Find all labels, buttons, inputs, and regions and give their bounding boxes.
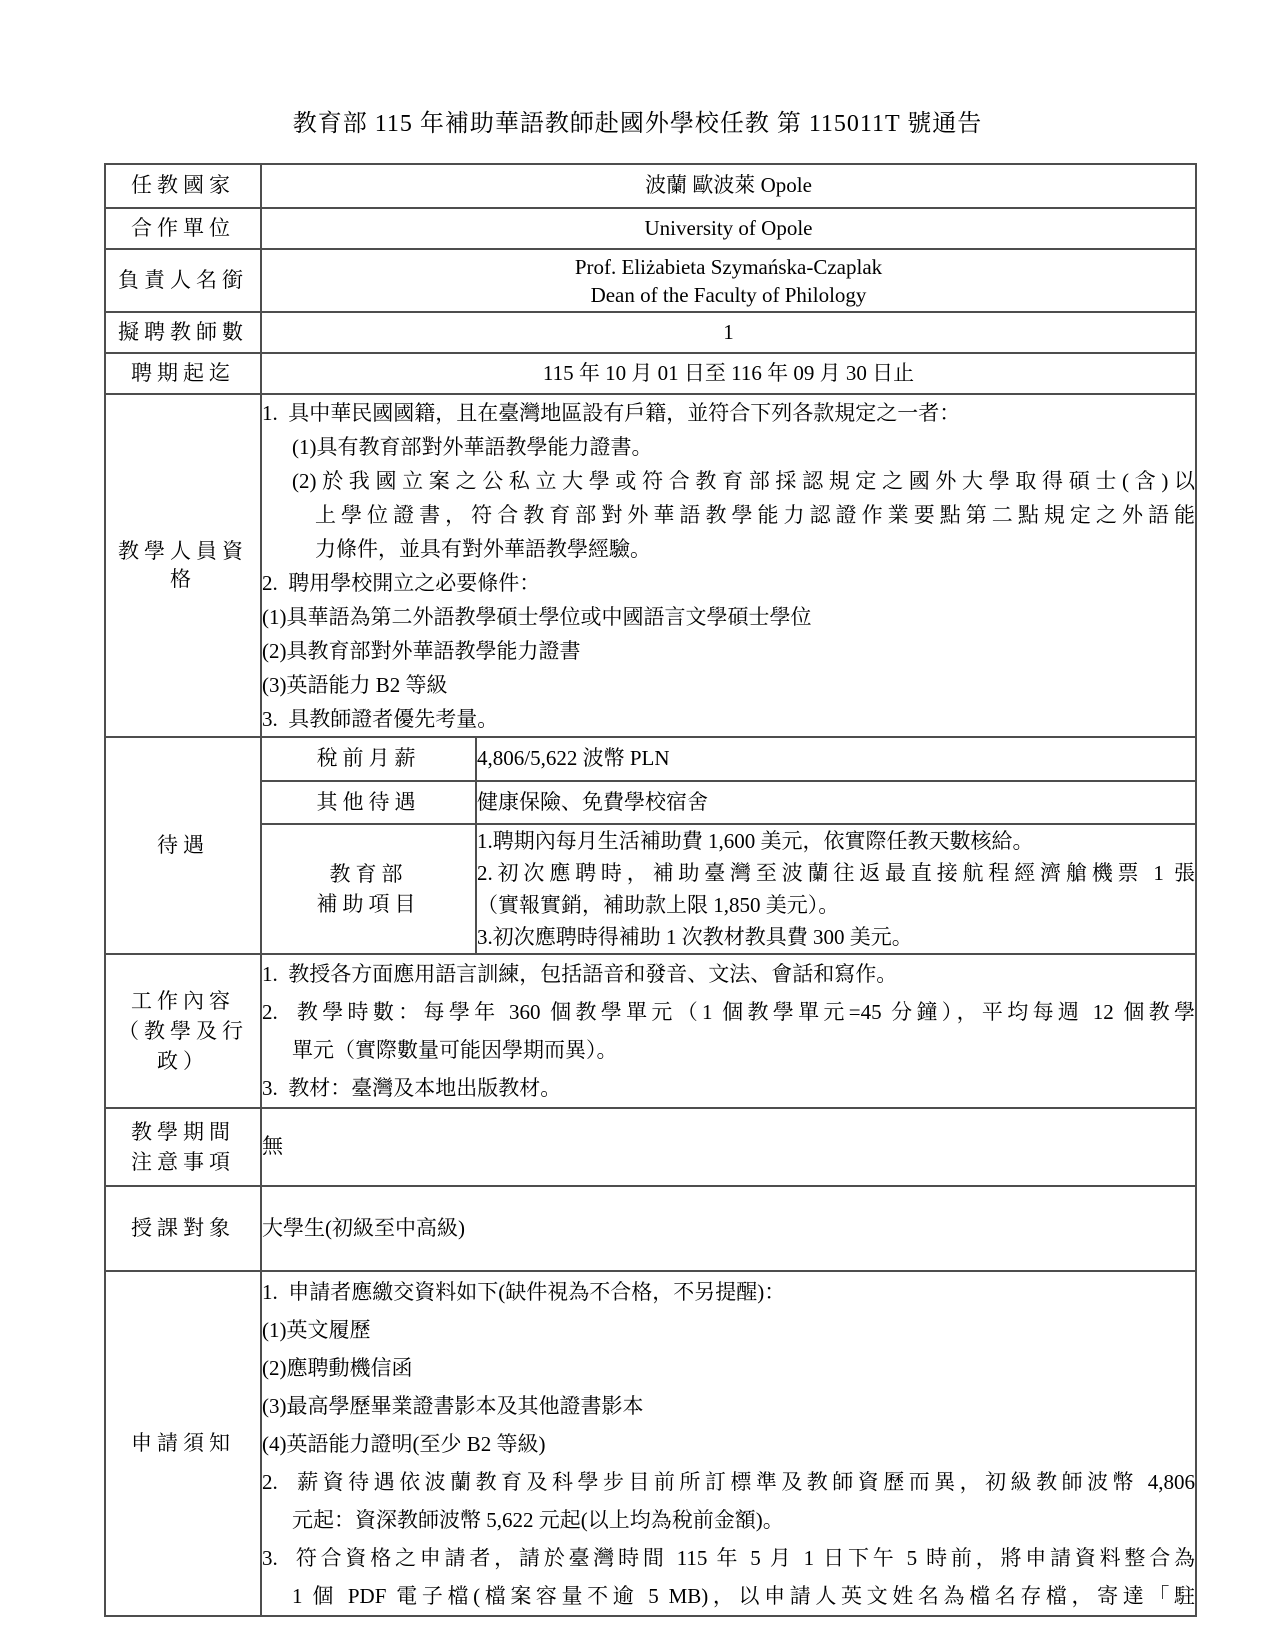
table-row: 工作內容（教學及行政） 1. 教授各方面應用語言訓練，包括語音和發音、文法、會話… bbox=[105, 954, 1196, 1108]
sublabel-other-benefits: 其他待遇 bbox=[261, 781, 476, 824]
row-label-notes: 教學期間注意事項 bbox=[105, 1108, 261, 1186]
table-row: 任教國家 波蘭 歐波萊 Opole bbox=[105, 164, 1196, 208]
text-line: (2)應聘動機信函 bbox=[262, 1349, 1195, 1387]
row-label-country: 任教國家 bbox=[105, 164, 261, 208]
text-line: 教育部 bbox=[262, 859, 475, 889]
text-line: 2.初次應聘時，補助臺灣至波蘭往返最直接航程經濟艙機票 1 張 bbox=[477, 857, 1195, 889]
row-value-notes: 無 bbox=[261, 1108, 1196, 1186]
text-line: Dean of the Faculty of Philology bbox=[262, 281, 1195, 309]
text-line: (1)具華語為第二外語教學碩士學位或中國語言文學碩士學位 bbox=[262, 600, 1195, 634]
row-label-application: 申請須知 bbox=[105, 1271, 261, 1616]
value-salary: 4,806/5,622 波幣 PLN bbox=[476, 737, 1196, 781]
text-line: 元起：資深教師波幣 5,622 元起(以上均為稅前金額)。 bbox=[262, 1501, 1195, 1539]
table-row: 授課對象 大學生(初級至中高級) bbox=[105, 1186, 1196, 1271]
text-line: 1. 教授各方面應用語言訓練，包括語音和發音、文法、會話和寫作。 bbox=[262, 955, 1195, 993]
table-row: 其他待遇 健康保險、免費學校宿舍 bbox=[105, 781, 1196, 824]
row-value-teacher-count: 1 bbox=[261, 312, 1196, 353]
text-line: 補助項目 bbox=[262, 889, 475, 919]
text-line: 教學期間 bbox=[106, 1117, 260, 1147]
page-title: 教育部 115 年補助華語教師赴國外學校任教 第 115011T 號通告 bbox=[0, 103, 1275, 138]
job-notice-table: 任教國家 波蘭 歐波萊 Opole 合作單位 University of Opo… bbox=[104, 163, 1197, 1617]
text-line: 注意事項 bbox=[106, 1147, 260, 1177]
table-row: 負責人名銜 Prof. Eliżabieta Szymańska-Czaplak… bbox=[105, 249, 1196, 312]
value-other-benefits: 健康保險、免費學校宿舍 bbox=[476, 781, 1196, 824]
table-row: 待遇 稅前月薪 4,806/5,622 波幣 PLN bbox=[105, 737, 1196, 781]
text-line: 政） bbox=[106, 1046, 260, 1076]
sublabel-salary: 稅前月薪 bbox=[261, 737, 476, 781]
text-line: 1. 申請者應繳交資料如下(缺件視為不合格，不另提醒)： bbox=[262, 1273, 1195, 1311]
table-row: 擬聘教師數 1 bbox=[105, 312, 1196, 353]
row-label-compensation: 待遇 bbox=[105, 737, 261, 954]
table-row: 聘期起迄 115 年 10 月 01 日至 116 年 09 月 30 日止 bbox=[105, 353, 1196, 394]
table-row: 教學期間注意事項 無 bbox=[105, 1108, 1196, 1186]
row-label-partner: 合作單位 bbox=[105, 208, 261, 249]
other-benefits-text: 健康保險、免費學校宿舍 bbox=[477, 789, 1195, 816]
row-label-duties: 工作內容（教學及行政） bbox=[105, 954, 261, 1108]
text-line: (1)具有教育部對外華語教學能力證書。 bbox=[262, 430, 1195, 464]
table-row: 教學人員資格 1. 具中華民國國籍，且在臺灣地區設有戶籍，並符合下列各款規定之一… bbox=[105, 394, 1196, 737]
table-row: 申請須知 1. 申請者應繳交資料如下(缺件視為不合格，不另提醒)：(1)英文履歷… bbox=[105, 1271, 1196, 1616]
text-line: 工作內容 bbox=[106, 986, 260, 1016]
text-line: (1)英文履歷 bbox=[262, 1311, 1195, 1349]
row-value-partner: University of Opole bbox=[261, 208, 1196, 249]
value-moe-subsidy: 1.聘期內每月生活補助費 1,600 美元，依實際任教天數核給。2.初次應聘時，… bbox=[476, 824, 1196, 954]
table-row: 合作單位 University of Opole bbox=[105, 208, 1196, 249]
row-value-qualifications: 1. 具中華民國國籍，且在臺灣地區設有戶籍，並符合下列各款規定之一者：(1)具有… bbox=[261, 394, 1196, 737]
text-line: 2. 薪資待遇依波蘭教育及科學步目前所訂標準及教師資歷而異，初級教師波幣 4,8… bbox=[262, 1463, 1195, 1501]
row-value-contact: Prof. Eliżabieta Szymańska-CzaplakDean o… bbox=[261, 249, 1196, 312]
text-line: （教學及行 bbox=[106, 1016, 260, 1046]
text-line: 1.聘期內每月生活補助費 1,600 美元，依實際任教天數核給。 bbox=[477, 825, 1195, 857]
text-line: (2)於我國立案之公私立大學或符合教育部採認規定之國外大學取得碩士(含)以 bbox=[262, 464, 1195, 498]
text-line: (2)具教育部對外華語教學能力證書 bbox=[262, 634, 1195, 668]
table-row: 教育部補助項目 1.聘期內每月生活補助費 1,600 美元，依實際任教天數核給。… bbox=[105, 824, 1196, 954]
row-label-students: 授課對象 bbox=[105, 1186, 261, 1271]
row-value-period: 115 年 10 月 01 日至 116 年 09 月 30 日止 bbox=[261, 353, 1196, 394]
text-line: 上學位證書，符合教育部對外華語教學能力認證作業要點第二點規定之外語能 bbox=[262, 498, 1195, 532]
document-page: 教育部 115 年補助華語教師赴國外學校任教 第 115011T 號通告 任教國… bbox=[0, 0, 1275, 1650]
text-line: Prof. Eliżabieta Szymańska-Czaplak bbox=[262, 253, 1195, 281]
text-line: 力條件，並具有對外華語教學經驗。 bbox=[262, 532, 1195, 566]
text-line: 3.初次應聘時得補助 1 次教材教具費 300 美元。 bbox=[477, 921, 1195, 953]
row-value-country: 波蘭 歐波萊 Opole bbox=[261, 164, 1196, 208]
row-label-teacher-count: 擬聘教師數 bbox=[105, 312, 261, 353]
text-line: （實報實銷，補助款上限 1,850 美元）。 bbox=[477, 889, 1195, 921]
text-line: 3. 符合資格之申請者，請於臺灣時間 115 年 5 月 1 日下午 5 時前，… bbox=[262, 1539, 1195, 1577]
text-line: 1 個 PDF 電子檔(檔案容量不逾 5 MB)，以申請人英文姓名為檔名存檔，寄… bbox=[262, 1577, 1195, 1615]
row-value-duties: 1. 教授各方面應用語言訓練，包括語音和發音、文法、會話和寫作。2. 教學時數：… bbox=[261, 954, 1196, 1108]
text-line: 3. 教材：臺灣及本地出版教材。 bbox=[262, 1069, 1195, 1107]
text-line: (3)英語能力 B2 等級 bbox=[262, 668, 1195, 702]
sublabel-moe-subsidy: 教育部補助項目 bbox=[261, 824, 476, 954]
row-label-qualifications: 教學人員資格 bbox=[105, 394, 261, 737]
salary-text: 4,806/5,622 波幣 PLN bbox=[477, 745, 1195, 772]
row-label-period: 聘期起迄 bbox=[105, 353, 261, 394]
text-line: 2. 教學時數：每學年 360 個教學單元（1 個教學單元=45 分鐘），平均每… bbox=[262, 993, 1195, 1031]
row-label-contact: 負責人名銜 bbox=[105, 249, 261, 312]
text-line: 1. 具中華民國國籍，且在臺灣地區設有戶籍，並符合下列各款規定之一者： bbox=[262, 396, 1195, 430]
row-value-students: 大學生(初級至中高級) bbox=[261, 1186, 1196, 1271]
text-line: 單元（實際數量可能因學期而異）。 bbox=[262, 1031, 1195, 1069]
text-line: 3. 具教師證者優先考量。 bbox=[262, 702, 1195, 736]
text-line: (3)最高學歷畢業證書影本及其他證書影本 bbox=[262, 1387, 1195, 1425]
text-line: (4)英語能力證明(至少 B2 等級) bbox=[262, 1425, 1195, 1463]
text-line: 2. 聘用學校開立之必要條件： bbox=[262, 566, 1195, 600]
row-value-application: 1. 申請者應繳交資料如下(缺件視為不合格，不另提醒)：(1)英文履歷(2)應聘… bbox=[261, 1271, 1196, 1616]
